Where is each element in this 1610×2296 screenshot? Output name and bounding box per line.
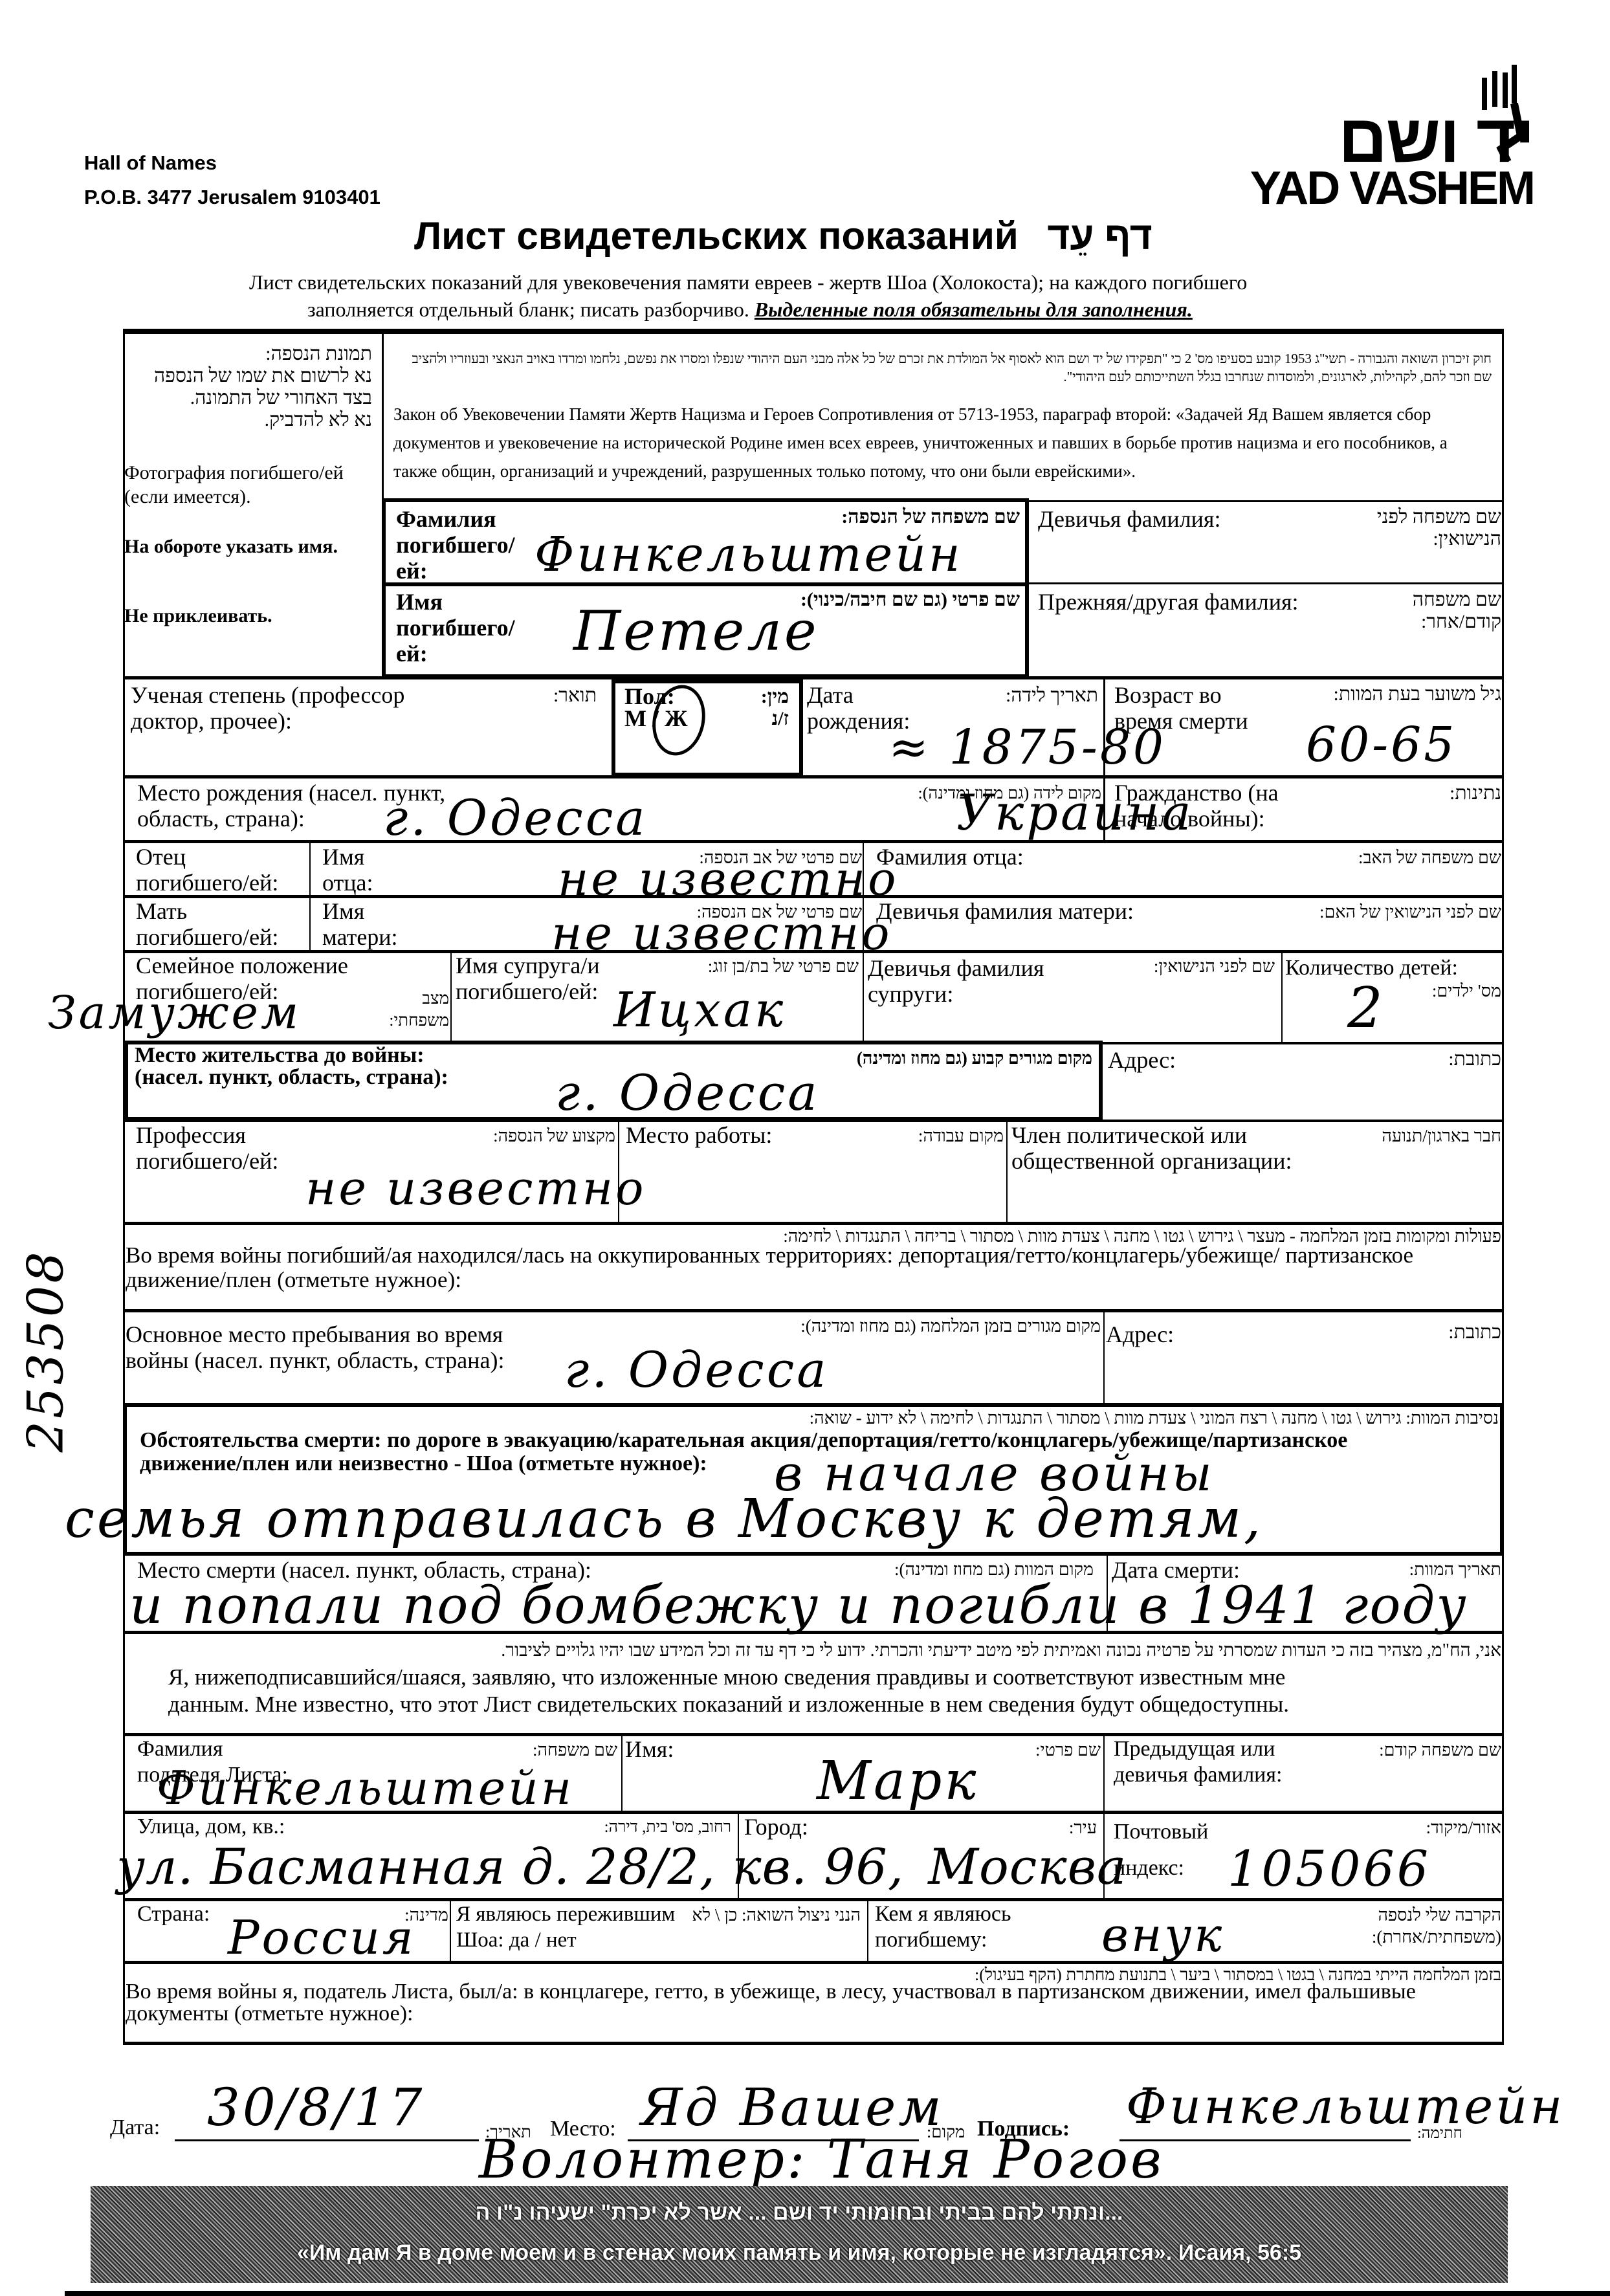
photo-no-glue: Не приклеивать. xyxy=(124,603,373,629)
banner-russian: «Им дам Я в доме моем и в стенах моих па… xyxy=(91,2240,1508,2266)
submitter-postal-label: Почтовый индекс: xyxy=(1114,1814,1204,1886)
sex-field[interactable]: Пол: М / Ж מין: ז/נ xyxy=(615,683,799,774)
intro-required-note: Выделенные поля обязательны для заполнен… xyxy=(755,298,1193,321)
sign-label-he: חתימה: xyxy=(1417,2123,1462,2145)
org-name: Hall of Names xyxy=(84,151,217,175)
wartime-place-value: г. Одесса xyxy=(564,1341,829,1398)
photo-instructions: Фотография погибшего/ей (если имеется). xyxy=(124,461,373,509)
submitter-relation-label: Кем я являюсь погибшему: xyxy=(875,1901,1043,1953)
victim-surname-value: Финкельштейн xyxy=(535,527,963,582)
wartime-activity-field[interactable]: פעולות ומקומות בזמן המלחמה - מעצר \ גירו… xyxy=(124,1225,1503,1310)
submitter-country-label: Страна: xyxy=(137,1901,210,1927)
sex-options-he: ז/נ xyxy=(772,708,789,730)
submitter-city-label-he: עיר: xyxy=(1069,1816,1097,1838)
residence-address-field[interactable]: Адрес: כתובת: xyxy=(1104,1044,1503,1120)
submitter-relation-label-he: הקרבה שלי לנספה (משפחתית/אחרת): xyxy=(1333,1904,1501,1948)
mother-name-label: Имя матери: xyxy=(322,898,400,950)
photo-hebrew-2: נא לרשום את שמו של הנספה xyxy=(129,365,372,387)
spouse-name-field[interactable]: Имя супруга/и погибшего/ей: שם פרטי של ב… xyxy=(452,953,863,1042)
mother-maiden-label-he: שם לפני הנישואין של האם: xyxy=(1319,901,1501,923)
wartime-place-field[interactable]: Основное место пребывания во время войны… xyxy=(124,1312,1103,1406)
organization-label-he: חבר בארגון/תנועה xyxy=(1382,1125,1501,1147)
submitter-street-label-he: רחוב, מס' בית, דירה: xyxy=(604,1816,731,1838)
victim-surname-field[interactable]: Фамилия погибшего/ей: שם משפחה של הנספה:… xyxy=(386,502,1025,582)
birth-date-field[interactable]: Дата рождения: תאריך לידה: ≈ 1875-80 xyxy=(804,679,1103,777)
citizenship-field[interactable]: Гражданство (на начало войны): נתינות: У… xyxy=(1105,778,1503,841)
degree-field[interactable]: Ученая степень (профессор доктор, прочее… xyxy=(124,679,613,777)
mother-maiden-label: Девичья фамилия матери: xyxy=(876,898,1134,924)
title-hebrew: דף עֵד xyxy=(1047,214,1152,258)
submitter-survivor-label-he: הנני ניצול השואה: כן \ לא xyxy=(692,1904,861,1926)
logo-latin: YAD VASHEM xyxy=(1250,162,1534,215)
profession-value: не известно xyxy=(305,1161,646,1215)
workplace-field[interactable]: Место работы: מקום עבודה: xyxy=(619,1122,1006,1223)
submitter-postal-value: 105066 xyxy=(1228,1840,1431,1897)
submitter-postal-label-he: אזור/מיקוד: xyxy=(1426,1816,1501,1838)
victim-surname-label-he: שם משפחה של הנספה: xyxy=(841,506,1020,528)
date-label: Дата: xyxy=(110,2115,160,2141)
sex-label-he: מין: xyxy=(761,686,789,708)
submitter-first-name-label: Имя: xyxy=(625,1736,674,1762)
victim-other-surname-field[interactable]: Прежняя/другая фамилия: שם משפחה קודם/אח… xyxy=(1030,586,1503,674)
footer-banner: ...ונתתי להם בביתי ובחומותי יד ושם ... א… xyxy=(91,2186,1508,2283)
submitter-survivor-label: Я являюсь пережившим Шоа: да / нет xyxy=(456,1901,689,1953)
submitter-postal-field[interactable]: Почтовый индекс: אזור/מיקוד: 105066 xyxy=(1105,1814,1503,1898)
other-surname-label-he: שם משפחה קודם/אחר: xyxy=(1398,589,1501,633)
spouse-maiden-label: Девичья фамилия супруги: xyxy=(868,955,1062,1007)
flame-icon xyxy=(1469,65,1527,162)
volunteer-note: Волонтер: Таня Рогов xyxy=(479,2129,1164,2191)
spouse-name-label: Имя супруга/и погибшего/ей: xyxy=(456,953,617,1004)
submitter-surname-label-he: שם משפחה: xyxy=(533,1739,617,1761)
father-surname-label-he: שם משפחה של האב: xyxy=(1358,846,1501,868)
organization-label: Член политической или общественной орган… xyxy=(1011,1122,1316,1174)
wartime-address-field[interactable]: Адрес: כתובת: xyxy=(1105,1312,1503,1406)
children-count-label-he: מס' ילדים: xyxy=(1432,980,1501,1002)
residence-label-he: מקום מגורים קבוע (גם מחוז ומדינה) xyxy=(857,1047,1092,1069)
workplace-label-he: מקום עבודה: xyxy=(918,1125,1004,1147)
citizenship-value: Украина xyxy=(956,784,1194,841)
victim-first-name-label-he: שם פרטי (גם שם חיבה/כינוי): xyxy=(800,589,1020,611)
submitter-first-name-value: Марк xyxy=(817,1750,978,1812)
citizenship-label-he: נתינות: xyxy=(1450,782,1501,804)
submitter-city-value: Москва xyxy=(928,1838,1127,1895)
submitter-address-value: ул. Басманная д. 28/2, кв. 96, Москва xyxy=(116,1838,1127,1895)
law-russian: Закон об Увековечении Памяти Жертв Нациз… xyxy=(393,400,1494,485)
submitter-surname-value: Финкельштейн xyxy=(157,1761,574,1815)
photo-hebrew-4: נא לא להדביק. xyxy=(129,409,372,431)
wartime-activity-label: Во время войны погибший/ая находился/лас… xyxy=(126,1243,1426,1292)
organization-field[interactable]: Член политической или общественной орган… xyxy=(1008,1122,1503,1223)
submitter-surname-field[interactable]: Фамилия подателя Листа: שם משפחה: Финкел… xyxy=(124,1736,621,1812)
father-field[interactable]: Отец погибшего/ей: Имя отца: שם פרטי של … xyxy=(124,843,1503,896)
submitter-first-name-field[interactable]: Имя: שם פרטי: Марк xyxy=(623,1736,1103,1812)
page-title: Лист свидетельских показаний דף עֵד xyxy=(414,214,1152,258)
wartime-address-label: Адрес: xyxy=(1106,1321,1174,1347)
profession-label-he: מקצוע של הנספה: xyxy=(493,1125,615,1147)
age-at-death-field[interactable]: Возраст во время смерти גיל משוער בעת המ… xyxy=(1105,679,1503,777)
maiden-name-label-he: שם משפחה לפני הנישואין: xyxy=(1372,506,1501,550)
submitter-city-label: Город: xyxy=(744,1814,808,1840)
residence-label: Место жительства до войны: xyxy=(135,1044,425,1066)
submitter-wartime-label: Во время войны я, податель Листа, был/а:… xyxy=(126,1981,1433,2025)
residence-address-label-he: כתובת: xyxy=(1448,1048,1501,1070)
mother-field[interactable]: Мать погибшего/ей: Имя матери: שם פרטי ש… xyxy=(124,898,1503,951)
residence-field[interactable]: Место жительства до войны: (насел. пункт… xyxy=(128,1044,1099,1117)
victim-maiden-name-field[interactable]: Девичья фамилия: שם משפחה לפני הנישואין: xyxy=(1030,502,1503,582)
declaration-russian-2: данным. Мне известно, что этот Лист свид… xyxy=(168,1692,1289,1717)
intro-line-1: Лист свидетельских показаний для увекове… xyxy=(249,270,1247,294)
marital-status-label-he: מצב משפחתי: xyxy=(397,988,449,1032)
victim-first-name-label: Имя погибшего/ей: xyxy=(396,589,545,667)
submitter-first-name-label-he: שם פרטי: xyxy=(1035,1739,1101,1761)
residence-address-label: Адрес: xyxy=(1108,1047,1176,1073)
photo-hebrew-1: תמונת הנספה: xyxy=(129,343,372,365)
circumstances-label-he: נסיבות המוות: גירוש \ גטו \ מחנה \ רצח ה… xyxy=(810,1407,1499,1429)
mother-label: Мать погибшего/ей: xyxy=(136,898,304,950)
age-at-death-label-he: גיל משוער בעת המוות: xyxy=(1334,683,1501,705)
spouse-maiden-field[interactable]: Девичья фамилия супруги: שם לפני הנישואי… xyxy=(864,953,1281,1042)
title-russian: Лист свидетельских показаний xyxy=(414,214,1019,258)
spouse-name-label-he: שם פרטי של בת/בן זוג: xyxy=(708,955,859,977)
victim-surname-label: Фамилия погибшего/ей: xyxy=(396,506,545,584)
victim-first-name-field[interactable]: Имя погибшего/ей: שם פרטי (גם שם חיבה/כי… xyxy=(386,586,1025,674)
age-at-death-label: Возраст во время смерти xyxy=(1114,682,1257,734)
residence-label-2: (насел. пункт, область, страна): xyxy=(135,1066,448,1088)
children-count-value: 2 xyxy=(1347,976,1385,1041)
age-at-death-value: 60-65 xyxy=(1306,717,1457,773)
workplace-label: Место работы: xyxy=(626,1122,772,1148)
submitter-country-field[interactable]: Страна: מדינה: Россия xyxy=(124,1901,450,1962)
degree-label-he: תואר: xyxy=(553,685,597,707)
banner-hebrew: ...ונתתי להם בביתי ובחומותי יד ושם ... א… xyxy=(91,2200,1508,2225)
submitter-street-value: ул. Басманная д. 28/2, кв. 96, xyxy=(116,1838,904,1895)
yad-vashem-logo: יד ושם YAD VASHEM xyxy=(1230,65,1540,214)
profession-field[interactable]: Профессия погибшего/ей: מקצוע של הנספה: … xyxy=(124,1122,618,1223)
victim-first-name-value: Петеле xyxy=(573,599,819,663)
spouse-maiden-label-he: שם לפני הנישואין: xyxy=(1154,955,1275,977)
maiden-name-label: Девичья фамилия: xyxy=(1038,506,1220,532)
photo-name-note: На обороте указать имя. xyxy=(124,535,373,558)
circumstances-value-2: семья отправилась в Москву к детям, xyxy=(65,1488,1263,1550)
submitter-wartime-field[interactable]: בזמן המלחמה הייתי במחנה \ בגטו \ במסתור … xyxy=(124,1964,1503,2042)
birth-place-value: г. Одесса xyxy=(383,789,648,846)
submitter-relation-value: внук xyxy=(1101,1908,1224,1962)
spouse-name-value: Ицхак xyxy=(613,982,786,1038)
children-count-field[interactable]: Количество детей: מס' ילדים: 2 xyxy=(1283,953,1503,1042)
submitter-previous-surname-label-he: שם משפחה קודם: xyxy=(1379,1739,1501,1761)
marital-status-value: Замужем xyxy=(48,986,301,1039)
wartime-place-label-he: מקום מגורים בזמן המלחמה (גם מחוז ומדינה)… xyxy=(800,1315,1101,1337)
submitter-previous-surname-label: Предыдущая или девичья фамилия: xyxy=(1114,1736,1321,1788)
law-hebrew: חוק זיכרון השואה והגבורה - תשי"ג 1953 קו… xyxy=(391,349,1492,386)
submitter-previous-surname-field[interactable]: Предыдущая или девичья фамилия: שם משפחה… xyxy=(1105,1736,1503,1812)
intro-line-2: заполняется отдельный бланк; писать разб… xyxy=(307,298,1193,322)
submitter-country-value: Россия xyxy=(228,1910,415,1965)
father-name-label: Имя отца: xyxy=(322,844,400,896)
other-surname-label: Прежняя/другая фамилия: xyxy=(1038,589,1299,615)
submitter-street-label: Улица, дом, кв.: xyxy=(137,1814,285,1840)
father-label: Отец погибшего/ей: xyxy=(136,844,304,896)
residence-value: г. Одесса xyxy=(555,1064,820,1121)
intro-plain: заполняется отдельный бланк; писать разб… xyxy=(307,298,749,321)
org-address: P.O.B. 3477 Jerusalem 9103401 xyxy=(84,186,380,209)
signature-value: Финкельштейн xyxy=(1126,2077,1565,2135)
date-field[interactable]: 30/8/17 xyxy=(175,2097,479,2141)
declaration-hebrew: אני, הח"מ, מצהיר בזה כי העדות שמסרתי על … xyxy=(259,1640,1501,1662)
birth-date-label-he: תאריך לידה: xyxy=(1006,685,1098,707)
profession-label: Профессия погибшего/ей: xyxy=(136,1122,298,1174)
submitter-relation-field[interactable]: Кем я являюсь погибшему: הקרבה שלי לנספה… xyxy=(868,1901,1503,1962)
wartime-address-label-he: כתובת: xyxy=(1448,1321,1501,1343)
photo-hebrew-3: בצד האחורי של התמונה. xyxy=(129,387,372,409)
degree-label: Ученая степень (профессор доктор, прочее… xyxy=(131,682,454,734)
father-surname-label: Фамилия отца: xyxy=(876,844,1024,870)
declaration-russian-1: Я, нижеподписавшийся/шаяся, заявляю, что… xyxy=(168,1664,1285,1690)
margin-record-number: 253508 xyxy=(17,1259,74,1453)
submitter-survivor-field[interactable]: Я являюсь пережившим Шоа: да / нет הנני … xyxy=(451,1901,867,1962)
death-place-value: и попали под бомбежку и погибли в 1941 г… xyxy=(129,1575,1468,1635)
date-value: 30/8/17 xyxy=(207,2077,425,2137)
wartime-place-label: Основное место пребывания во время войны… xyxy=(126,1321,546,1373)
marital-status-field[interactable]: Семейное положение погибшего/ей: מצב משפ… xyxy=(124,953,450,1042)
